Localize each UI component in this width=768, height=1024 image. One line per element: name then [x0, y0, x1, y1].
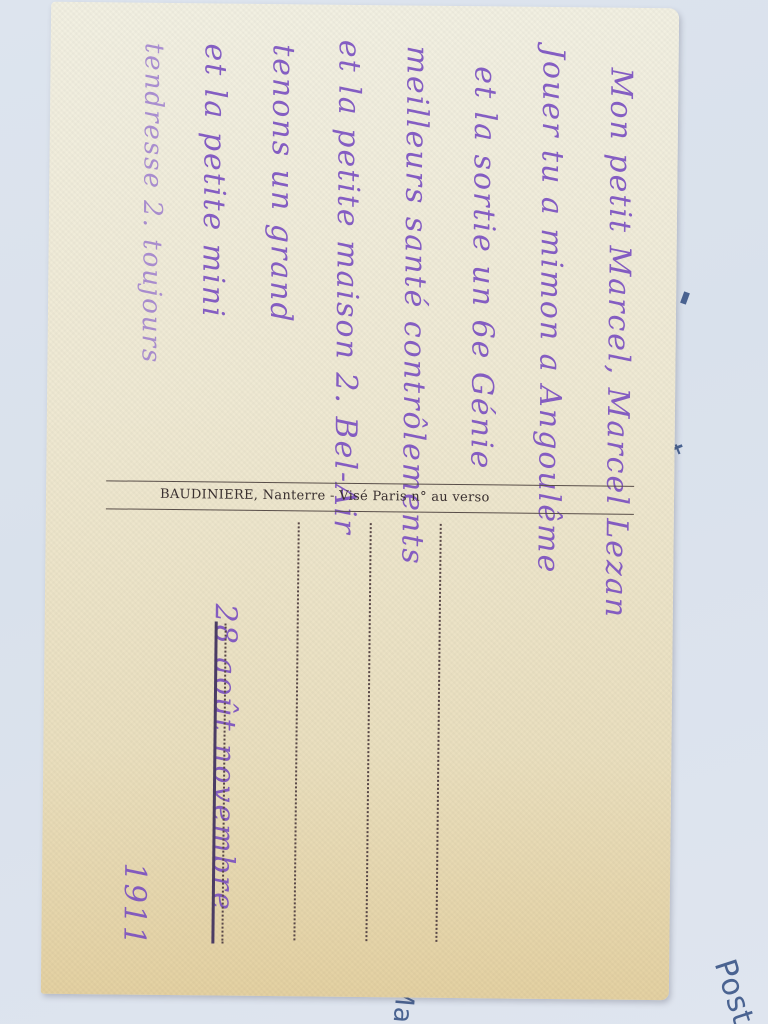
handwriting-line: et la sortie un 6e Génie: [463, 66, 502, 470]
background-print-post: Post: [707, 955, 761, 1024]
handwriting-line: et la petite maison 2. Bel-Air: [327, 40, 367, 536]
address-line: [293, 522, 299, 940]
handwriting-line: Mon petit Marcel, Marcel Lezan: [598, 68, 639, 620]
address-line: [435, 524, 441, 942]
publisher-line: BAUDINIERE, Nanterre - Visé Paris n° au …: [160, 487, 490, 505]
postcard: Mon petit Marcel, Marcel Lezan Jouer tu …: [41, 2, 679, 1001]
handwriting-line: Jouer tu a mimon a Angoulême: [530, 47, 571, 575]
address-line: [365, 523, 371, 941]
handwriting-line: tendresse 2. toujours: [135, 43, 168, 365]
background-print-mark: [680, 291, 690, 304]
handwriting-year: 1911: [116, 862, 152, 947]
handwriting-line: tenons un grand: [263, 44, 301, 324]
handwriting-line: meilleurs santé contrôlements: [394, 45, 434, 566]
handwriting-line: et la petite mini: [195, 43, 233, 319]
